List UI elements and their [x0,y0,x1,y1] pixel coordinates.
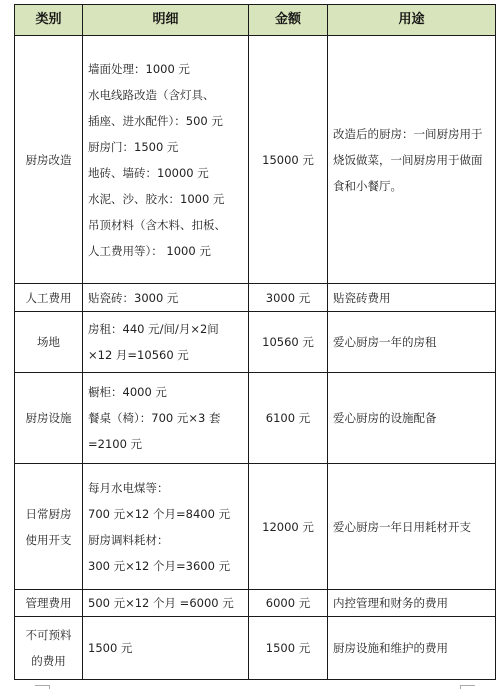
category-cell: 日常厨房使用开支 [15,464,83,590]
detail-line: 墙面处理：1000 元 [88,56,243,82]
header-row: 类别 明细 金额 用途 [15,5,496,36]
detail-cell: 1500 元 [83,617,249,680]
usage-cell: 爱心厨房一年日用耗材开支 [328,464,496,590]
table-row: 厨房改造 墙面处理：1000 元 水电线路改造（含灯具、 插座、进水配件）：50… [15,36,496,284]
detail-line: 房租：440 元/间/月×2间 [88,316,243,342]
detail-line: 吊顶材料（含木料、扣板、 [88,212,243,238]
budget-table: 类别 明细 金额 用途 厨房改造 墙面处理：1000 元 水电线路改造（含灯具、… [14,4,496,680]
detail-line: 地砖、墙砖：10000 元 [88,160,243,186]
table-row: 管理费用 500 元×12 个月 =6000 元 6000 元 内控管理和财务的… [15,590,496,617]
page-corner-mark-right [460,685,475,689]
category-cell: 不可预料的费用 [15,617,83,680]
page-corner-mark-left [35,685,50,689]
table-row: 人工费用 贴瓷砖：3000 元 3000 元 贴瓷砖费用 [15,284,496,312]
detail-line: 每月水电煤等： [88,475,243,501]
detail-cell: 房租：440 元/间/月×2间 ×12 月=10560 元 [83,312,249,373]
detail-line: 橱柜：4000 元 [88,379,243,405]
usage-cell: 爱心厨房一年的房租 [328,312,496,373]
detail-line: 500 元×12 个月 =6000 元 [88,590,243,616]
category-cell: 场地 [15,312,83,373]
detail-line: 700 元×12 个月=8400 元 [88,501,243,527]
category-cell: 厨房改造 [15,36,83,284]
amount-cell: 6000 元 [249,590,328,617]
amount-cell: 6100 元 [249,373,328,464]
header-amount: 金额 [249,5,328,36]
detail-line: 厨房门：1500 元 [88,134,243,160]
detail-cell: 500 元×12 个月 =6000 元 [83,590,249,617]
amount-cell: 3000 元 [249,284,328,312]
category-cell: 厨房设施 [15,373,83,464]
amount-cell: 15000 元 [249,36,328,284]
category-cell: 管理费用 [15,590,83,617]
detail-line: 300 元×12 个月=3600 元 [88,553,243,579]
detail-cell: 橱柜：4000 元 餐桌（椅）：700 元×3 套 =2100 元 [83,373,249,464]
usage-cell: 内控管理和财务的费用 [328,590,496,617]
detail-line: 1500 元 [88,635,243,661]
amount-cell: 1500 元 [249,617,328,680]
detail-line: 插座、进水配件）：500 元 [88,108,243,134]
amount-cell: 10560 元 [249,312,328,373]
detail-line: 餐桌（椅）：700 元×3 套 [88,405,243,431]
table-row: 场地 房租：440 元/间/月×2间 ×12 月=10560 元 10560 元… [15,312,496,373]
detail-cell: 贴瓷砖：3000 元 [83,284,249,312]
table-row: 不可预料的费用 1500 元 1500 元 厨房设施和维护的费用 [15,617,496,680]
detail-line: ×12 月=10560 元 [88,342,243,368]
usage-cell: 爱心厨房的设施配备 [328,373,496,464]
detail-cell: 每月水电煤等： 700 元×12 个月=8400 元 厨房调料耗材： 300 元… [83,464,249,590]
detail-line: 厨房调料耗材： [88,527,243,553]
usage-cell: 厨房设施和维护的费用 [328,617,496,680]
table-row: 日常厨房使用开支 每月水电煤等： 700 元×12 个月=8400 元 厨房调料… [15,464,496,590]
detail-line: =2100 元 [88,431,243,457]
detail-line: 贴瓷砖：3000 元 [88,285,243,311]
table-row: 厨房设施 橱柜：4000 元 餐桌（椅）：700 元×3 套 =2100 元 6… [15,373,496,464]
header-category: 类别 [15,5,83,36]
amount-cell: 12000 元 [249,464,328,590]
detail-cell: 墙面处理：1000 元 水电线路改造（含灯具、 插座、进水配件）：500 元 厨… [83,36,249,284]
usage-cell: 贴瓷砖费用 [328,284,496,312]
category-cell: 人工费用 [15,284,83,312]
detail-line: 水电线路改造（含灯具、 [88,82,243,108]
detail-line: 水泥、沙、胶水：1000 元 [88,186,243,212]
detail-line: 人工费用等）： 1000 元 [88,238,243,264]
header-detail: 明细 [83,5,249,36]
header-usage: 用途 [328,5,496,36]
usage-cell: 改造后的厨房：一间厨房用于烧饭做菜，一间厨房用于做面食和小餐厅。 [328,36,496,284]
